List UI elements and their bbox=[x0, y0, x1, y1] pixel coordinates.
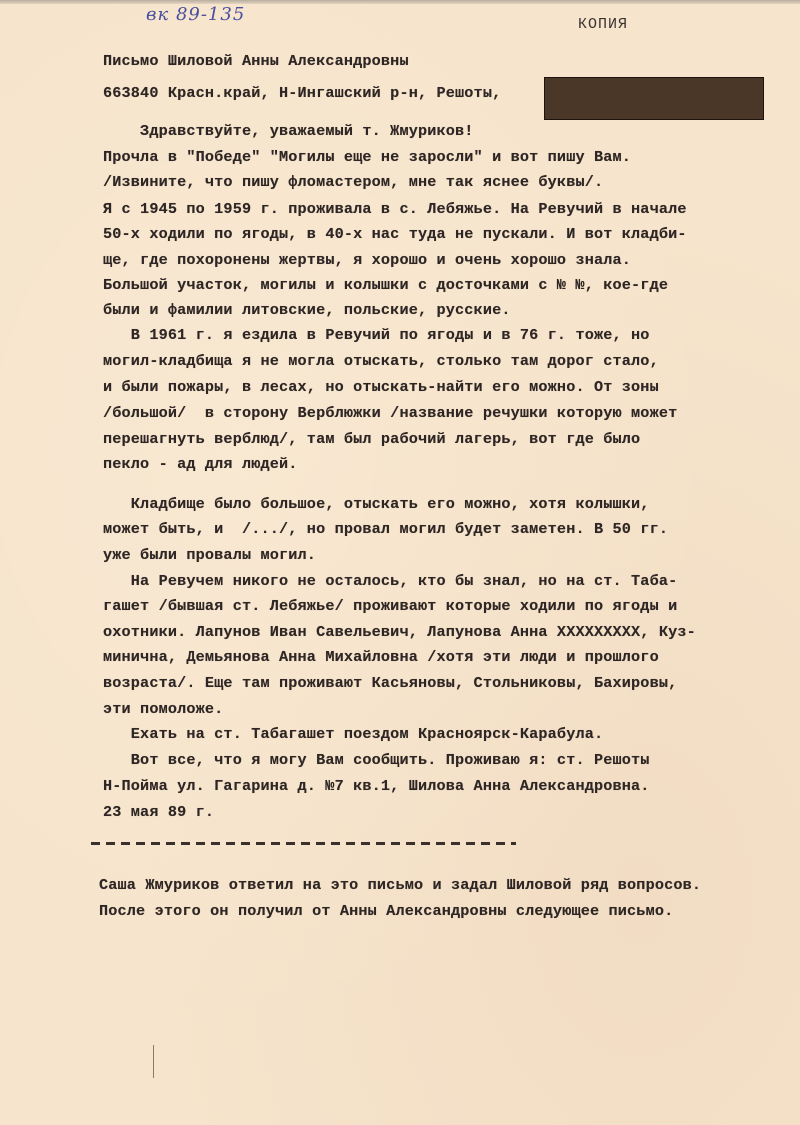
letter-line: Я с 1945 по 1959 г. проживала в с. Лебяж… bbox=[103, 200, 687, 218]
letter-line: Вот все, что я могу Вам сообщить. Прожив… bbox=[103, 751, 650, 769]
letter-line: может быть, и /.../, но провал могил буд… bbox=[103, 520, 668, 538]
letter-line: перешагнуть верблюд/, там был рабочий ла… bbox=[103, 430, 640, 448]
letter-line: Н-Пойма ул. Гагарина д. №7 кв.1, Шилова … bbox=[103, 777, 650, 795]
letter-line: возраста/. Еще там проживают Касьяновы, … bbox=[103, 674, 677, 692]
letter-line: В 1961 г. я ездила в Ревучий по ягоды и … bbox=[103, 326, 650, 344]
letter-line: эти помоложе. bbox=[103, 700, 223, 718]
letter-line: Здравствуйте, уважаемый т. Жмуриков! bbox=[103, 122, 474, 140]
letter-line: Большой участок, могилы и колышки с дост… bbox=[103, 276, 668, 294]
sender-address: 663840 Красн.край, Н-Ингашский р-н, Решо… bbox=[103, 84, 501, 102]
letter-line: могил-кладбища я не могла отыскать, стол… bbox=[103, 352, 659, 370]
archive-mark: вк 89-135 bbox=[146, 4, 245, 25]
redaction-box bbox=[544, 77, 764, 120]
letter-line: охотники. Лапунов Иван Савельевич, Лапун… bbox=[103, 623, 696, 641]
letter-line: 23 мая 89 г. bbox=[103, 803, 214, 821]
letter-line: Прочла в "Победе" "Могилы еще не заросли… bbox=[103, 148, 631, 166]
letter-line: Кладбище было большое, отыскать его можн… bbox=[103, 495, 650, 513]
footer-line-2: После этого он получил от Анны Александр… bbox=[99, 902, 673, 920]
letter-line: /большой/ в сторону Верблюжки /название … bbox=[103, 404, 677, 422]
page-top-edge bbox=[0, 0, 800, 4]
letter-line: /Извините, что пишу фломастером, мне так… bbox=[103, 173, 603, 191]
letter-title: Письмо Шиловой Анны Александровны bbox=[103, 52, 409, 70]
letter-line: пекло - ад для людей. bbox=[103, 455, 298, 473]
letter-line: ще, где похоронены жертвы, я хорошо и оч… bbox=[103, 251, 631, 269]
letter-line: уже были провалы могил. bbox=[103, 546, 316, 564]
letter-line: Ехать на ст. Табагашет поездом Красноярс… bbox=[103, 725, 603, 743]
letter-line: и были пожары, в лесах, но отыскать-найт… bbox=[103, 378, 659, 396]
letter-line: 50-х ходили по ягоды, в 40-х нас туда не… bbox=[103, 225, 687, 243]
paper-scratch bbox=[153, 1045, 154, 1078]
letter-line: минична, Демьянова Анна Михайловна /хотя… bbox=[103, 648, 659, 666]
document-page: вк 89-135 КОПИЯ Письмо Шиловой Анны Алек… bbox=[0, 0, 800, 1125]
separator-line bbox=[91, 842, 516, 845]
copy-stamp: КОПИЯ bbox=[578, 16, 628, 33]
letter-line: были и фамилии литовские, польские, русс… bbox=[103, 301, 511, 319]
letter-line: гашет /бывшая ст. Лебяжье/ проживают кот… bbox=[103, 597, 677, 615]
letter-line: На Ревучем никого не осталось, кто бы зн… bbox=[103, 572, 677, 590]
footer-line-1: Саша Жмуриков ответил на это письмо и за… bbox=[99, 876, 701, 894]
